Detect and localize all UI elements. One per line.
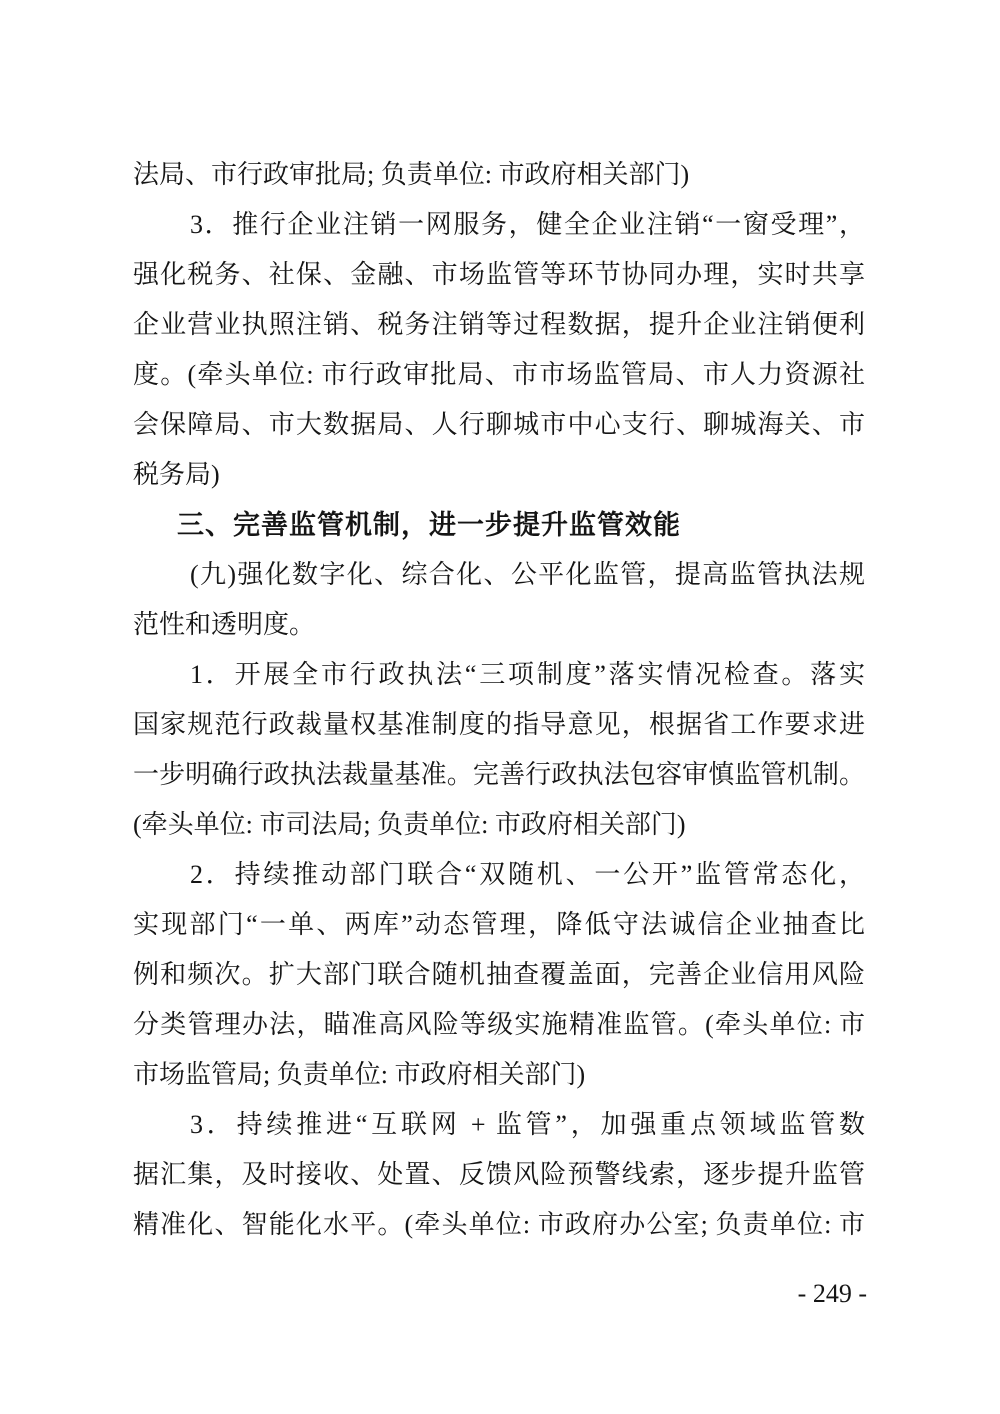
text-line: 精准化、智能化水平。(牵头单位: 市政府办公室; 负责单位: 市 [133, 1200, 865, 1250]
text-line: 法局、市行政审批局; 负责单位: 市政府相关部门) [133, 150, 865, 200]
text-line: 会保障局、市大数据局、人行聊城市中心支行、聊城海关、市 [133, 400, 865, 450]
text-line: 实现部门“一单、两库”动态管理，降低守法诚信企业抽查比 [133, 900, 865, 950]
text-line: 据汇集，及时接收、处置、反馈风险预警线索，逐步提升监管 [133, 1150, 865, 1200]
text-line: (九)强化数字化、综合化、公平化监管，提高监管执法规 [133, 550, 865, 600]
text-line: 例和频次。扩大部门联合随机抽查覆盖面，完善企业信用风险 [133, 950, 865, 1000]
text-line: 1．开展全市行政执法“三项制度”落实情况检查。落实 [133, 650, 865, 700]
text-line: 企业营业执照注销、税务注销等过程数据，提升企业注销便利 [133, 300, 865, 350]
text-line: 一步明确行政执法裁量基准。完善行政执法包容审慎监管机制。 [133, 750, 865, 800]
page-number: - 249 - [798, 1278, 867, 1310]
text-line: 度。(牵头单位: 市行政审批局、市市场监管局、市人力资源社 [133, 350, 865, 400]
text-line: (牵头单位: 市司法局; 负责单位: 市政府相关部门) [133, 800, 865, 850]
text-line: 国家规范行政裁量权基准制度的指导意见，根据省工作要求进 [133, 700, 865, 750]
text-line: 强化税务、社保、金融、市场监管等环节协同办理，实时共享 [133, 250, 865, 300]
text-line: 范性和透明度。 [133, 600, 865, 650]
text-line: 3．持续推进“互联网 + 监管”，加强重点领域监管数 [133, 1100, 865, 1150]
text-block: 法局、市行政审批局; 负责单位: 市政府相关部门) 3．推行企业注销一网服务，健… [133, 150, 865, 1250]
text-line: 分类管理办法，瞄准高风险等级实施精准监管。(牵头单位: 市 [133, 1000, 865, 1050]
text-line: 3．推行企业注销一网服务，健全企业注销“一窗受理”， [133, 200, 865, 250]
text-line: 税务局) [133, 450, 865, 500]
text-line: 市场监管局; 负责单位: 市政府相关部门) [133, 1050, 865, 1100]
document-page: 法局、市行政审批局; 负责单位: 市政府相关部门) 3．推行企业注销一网服务，健… [0, 0, 1000, 1414]
text-line: 2．持续推动部门联合“双随机、一公开”监管常态化， [133, 850, 865, 900]
section-heading: 三、完善监管机制，进一步提升监管效能 [133, 500, 865, 550]
